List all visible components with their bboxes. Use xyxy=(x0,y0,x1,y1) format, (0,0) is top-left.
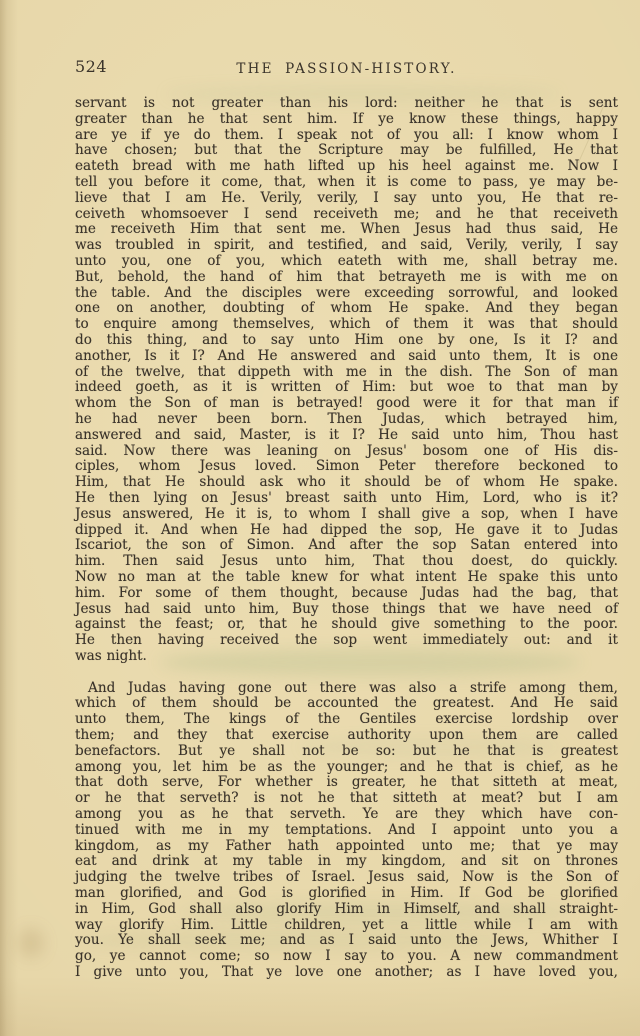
text-line: And Judas having gone out there was also… xyxy=(75,681,618,697)
text-line: he had never been born. Then Judas, whic… xyxy=(75,412,618,428)
text-line: which of them should be accounted the gr… xyxy=(75,696,618,712)
text-line: are ye if ye do them. I speak not of you… xyxy=(75,128,618,144)
text-line: benefactors. But ye shall not be so: but… xyxy=(75,744,618,760)
text-line: Jesus had said unto him, Buy those thing… xyxy=(75,602,618,618)
text-line: Him, that He should ask who it should be… xyxy=(75,475,618,491)
running-title: THE PASSION-HISTORY. xyxy=(75,61,618,77)
text-line: Iscariot, the son of Simon. And after th… xyxy=(75,538,618,554)
text-line: ciples, whom Jesus loved. Simon Peter th… xyxy=(75,459,618,475)
text-line: in Him, God shall also glorify Him in Hi… xyxy=(75,902,618,918)
text-line: unto them, The kings of the Gentiles exe… xyxy=(75,712,618,728)
text-line: them; and they that exercise authority u… xyxy=(75,728,618,744)
text-line: do this thing, and to say unto Him one b… xyxy=(75,333,618,349)
text-column: servant is not greater than his lord: ne… xyxy=(75,96,618,981)
text-line: man glorified, and God is glorified in H… xyxy=(75,886,618,902)
text-line: He then having received the sop went imm… xyxy=(75,633,618,649)
text-line: him. Then said Jesus unto him, That thou… xyxy=(75,554,618,570)
text-line: lieve that I am He. Verily, verily, I sa… xyxy=(75,191,618,207)
text-line: or he that serveth? is not he that sitte… xyxy=(75,791,618,807)
text-line: eat and drink at my table in my kingdom,… xyxy=(75,854,618,870)
text-line: whom the Son of man is betrayed! good we… xyxy=(75,396,618,412)
text-line: judging the twelve tribes of Israel. Jes… xyxy=(75,870,618,886)
text-line: said. Now there was leaning on Jesus' bo… xyxy=(75,444,618,460)
text-line: servant is not greater than his lord: ne… xyxy=(75,96,618,112)
text-line: answered and said, Master, is it I? He s… xyxy=(75,428,618,444)
text-line: another, Is it I? And He answered and sa… xyxy=(75,349,618,365)
text-line: was troubled in spirit, and testified, a… xyxy=(75,238,618,254)
text-line: against the feast; or, that he should gi… xyxy=(75,617,618,633)
text-line: me receiveth Him that sent me. When Jesu… xyxy=(75,222,618,238)
text-line: among you, let him be as the younger; an… xyxy=(75,760,618,776)
text-line: dipped it. And when He had dipped the so… xyxy=(75,523,618,539)
text-line: eateth bread with me hath lifted up his … xyxy=(75,159,618,175)
paper-smudge xyxy=(18,928,44,958)
text-line: indeed goeth, as it is written of Him: b… xyxy=(75,380,618,396)
text-line: He then lying on Jesus' breast saith unt… xyxy=(75,491,618,507)
text-line: to enquire among themselves, which of th… xyxy=(75,317,618,333)
text-line: Now no man at the table knew for what in… xyxy=(75,570,618,586)
text-line: unto you, one of you, which eateth with … xyxy=(75,254,618,270)
text-line: way glorify Him. Little children, yet a … xyxy=(75,918,618,934)
book-page: 524 THE PASSION-HISTORY. servant is not … xyxy=(0,0,640,1036)
text-line: kingdom, as my Father hath appointed unt… xyxy=(75,839,618,855)
text-line: I give unto you, That ye love one anothe… xyxy=(75,965,618,981)
paragraph-1: servant is not greater than his lord: ne… xyxy=(75,96,618,665)
text-line: one on another, doubting of whom He spak… xyxy=(75,301,618,317)
text-line: But, behold, the hand of him that betray… xyxy=(75,270,618,286)
text-line: have chosen; but that the Scripture may … xyxy=(75,143,618,159)
text-line: was night. xyxy=(75,649,618,665)
text-line: tell you before it come, that, when it i… xyxy=(75,175,618,191)
paragraph-2: And Judas having gone out there was also… xyxy=(75,681,618,981)
text-line: go, ye cannot come; so now I say to you.… xyxy=(75,949,618,965)
text-line: you. Ye shall seek me; and as I said unt… xyxy=(75,933,618,949)
text-line: of the twelve, that dippeth with me in t… xyxy=(75,365,618,381)
text-line: ceiveth whomsoever I send receiveth me; … xyxy=(75,207,618,223)
text-line: Jesus answered, He it is, to whom I shal… xyxy=(75,507,618,523)
text-line: greater than he that sent him. If ye kno… xyxy=(75,112,618,128)
text-line: that doth serve, For whether is greater,… xyxy=(75,775,618,791)
text-line: among you as he that serveth. Ye are the… xyxy=(75,807,618,823)
text-line: tinued with me in my temptations. And I … xyxy=(75,823,618,839)
text-line: him. For some of them thought, because J… xyxy=(75,586,618,602)
text-line: the table. And the disciples were exceed… xyxy=(75,286,618,302)
